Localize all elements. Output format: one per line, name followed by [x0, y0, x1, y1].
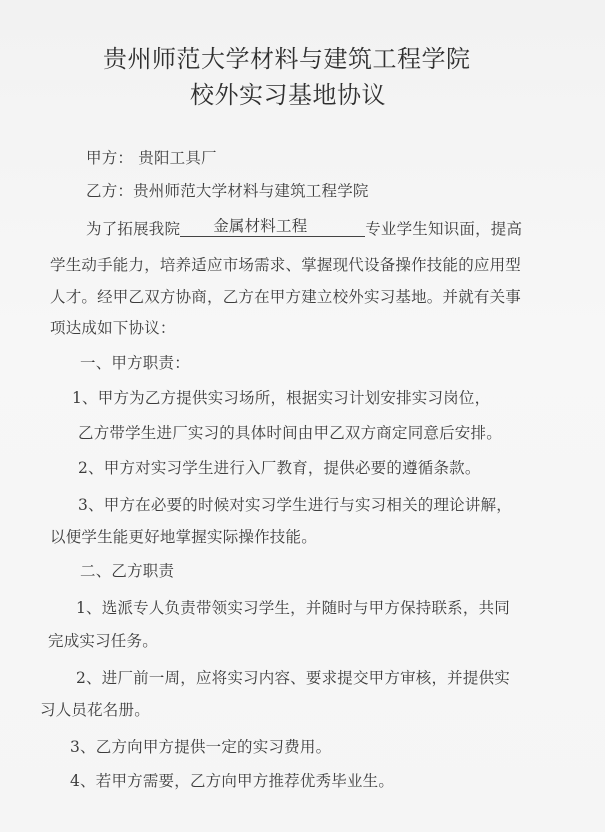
- intro-text-before: 为了拓展我院: [86, 220, 180, 238]
- section2-item2-line2: 习人员花名册。: [40, 700, 150, 720]
- section2-item2-line1: 2、进厂前一周，应将实习内容、要求提交甲方审核，并提供实: [76, 668, 510, 688]
- major-value: 金属材料工程: [213, 216, 307, 236]
- party-b-name: 贵州师范大学材料与建筑工程学院: [133, 182, 369, 200]
- intro-line1: 为了拓展我院金属材料工程专业学生知识面，提高: [86, 218, 522, 239]
- section2-item3: 3、乙方向甲方提供一定的实习费用。: [70, 737, 331, 757]
- party-b-label: 乙方：: [86, 182, 133, 200]
- section1-item3-line1: 3、甲方在必要的时候对实习学生进行与实习相关的理论讲解，: [78, 495, 512, 515]
- intro-text-after: 专业学生知识面，提高: [365, 220, 522, 238]
- intro-line2: 学生动手能力，培养适应市场需求、掌握现代设备操作技能的应用型: [50, 255, 521, 275]
- party-a-name: 贵阳工具厂: [138, 149, 217, 167]
- party-a: 甲方： 贵阳工具厂: [86, 148, 217, 168]
- section2-item1-line2: 完成实习任务。: [48, 631, 158, 651]
- section2-item1-line1: 1、选派专人负责带领实习学生，并随时与甲方保持联系，共同: [76, 598, 510, 618]
- section1-item1-line2: 乙方带学生进厂实习的具体时间由甲乙双方商定同意后安排。: [78, 423, 502, 443]
- intro-line4: 项达成如下协议：: [50, 318, 176, 338]
- major-blank-field: 金属材料工程: [180, 218, 365, 237]
- intro-line3: 人才。经甲乙双方协商，乙方在甲方建立校外实习基地。并就有关事: [50, 287, 521, 307]
- section2-heading: 二、乙方职责: [80, 561, 174, 581]
- section1-heading: 一、甲方职责：: [80, 353, 190, 373]
- section1-item3-line2: 以便学生能更好地掌握实际操作技能。: [50, 527, 317, 547]
- section1-item1-line1: 1、甲方为乙方提供实习场所，根据实习计划安排实习岗位，: [72, 388, 490, 408]
- scanned-document-page: 贵州师范大学材料与建筑工程学院 校外实习基地协议 甲方： 贵阳工具厂 乙方：贵州…: [0, 0, 605, 832]
- document-title-line1: 贵州师范大学材料与建筑工程学院: [103, 44, 471, 74]
- document-title-line2: 校外实习基地协议: [190, 80, 386, 110]
- section2-item4: 4、若甲方需要，乙方向甲方推荐优秀毕业生。: [70, 771, 394, 791]
- section1-item2: 2、甲方对实习学生进行入厂教育，提供必要的遵循条款。: [78, 458, 481, 478]
- party-b: 乙方：贵州师范大学材料与建筑工程学院: [86, 181, 369, 201]
- party-a-label: 甲方：: [86, 149, 133, 167]
